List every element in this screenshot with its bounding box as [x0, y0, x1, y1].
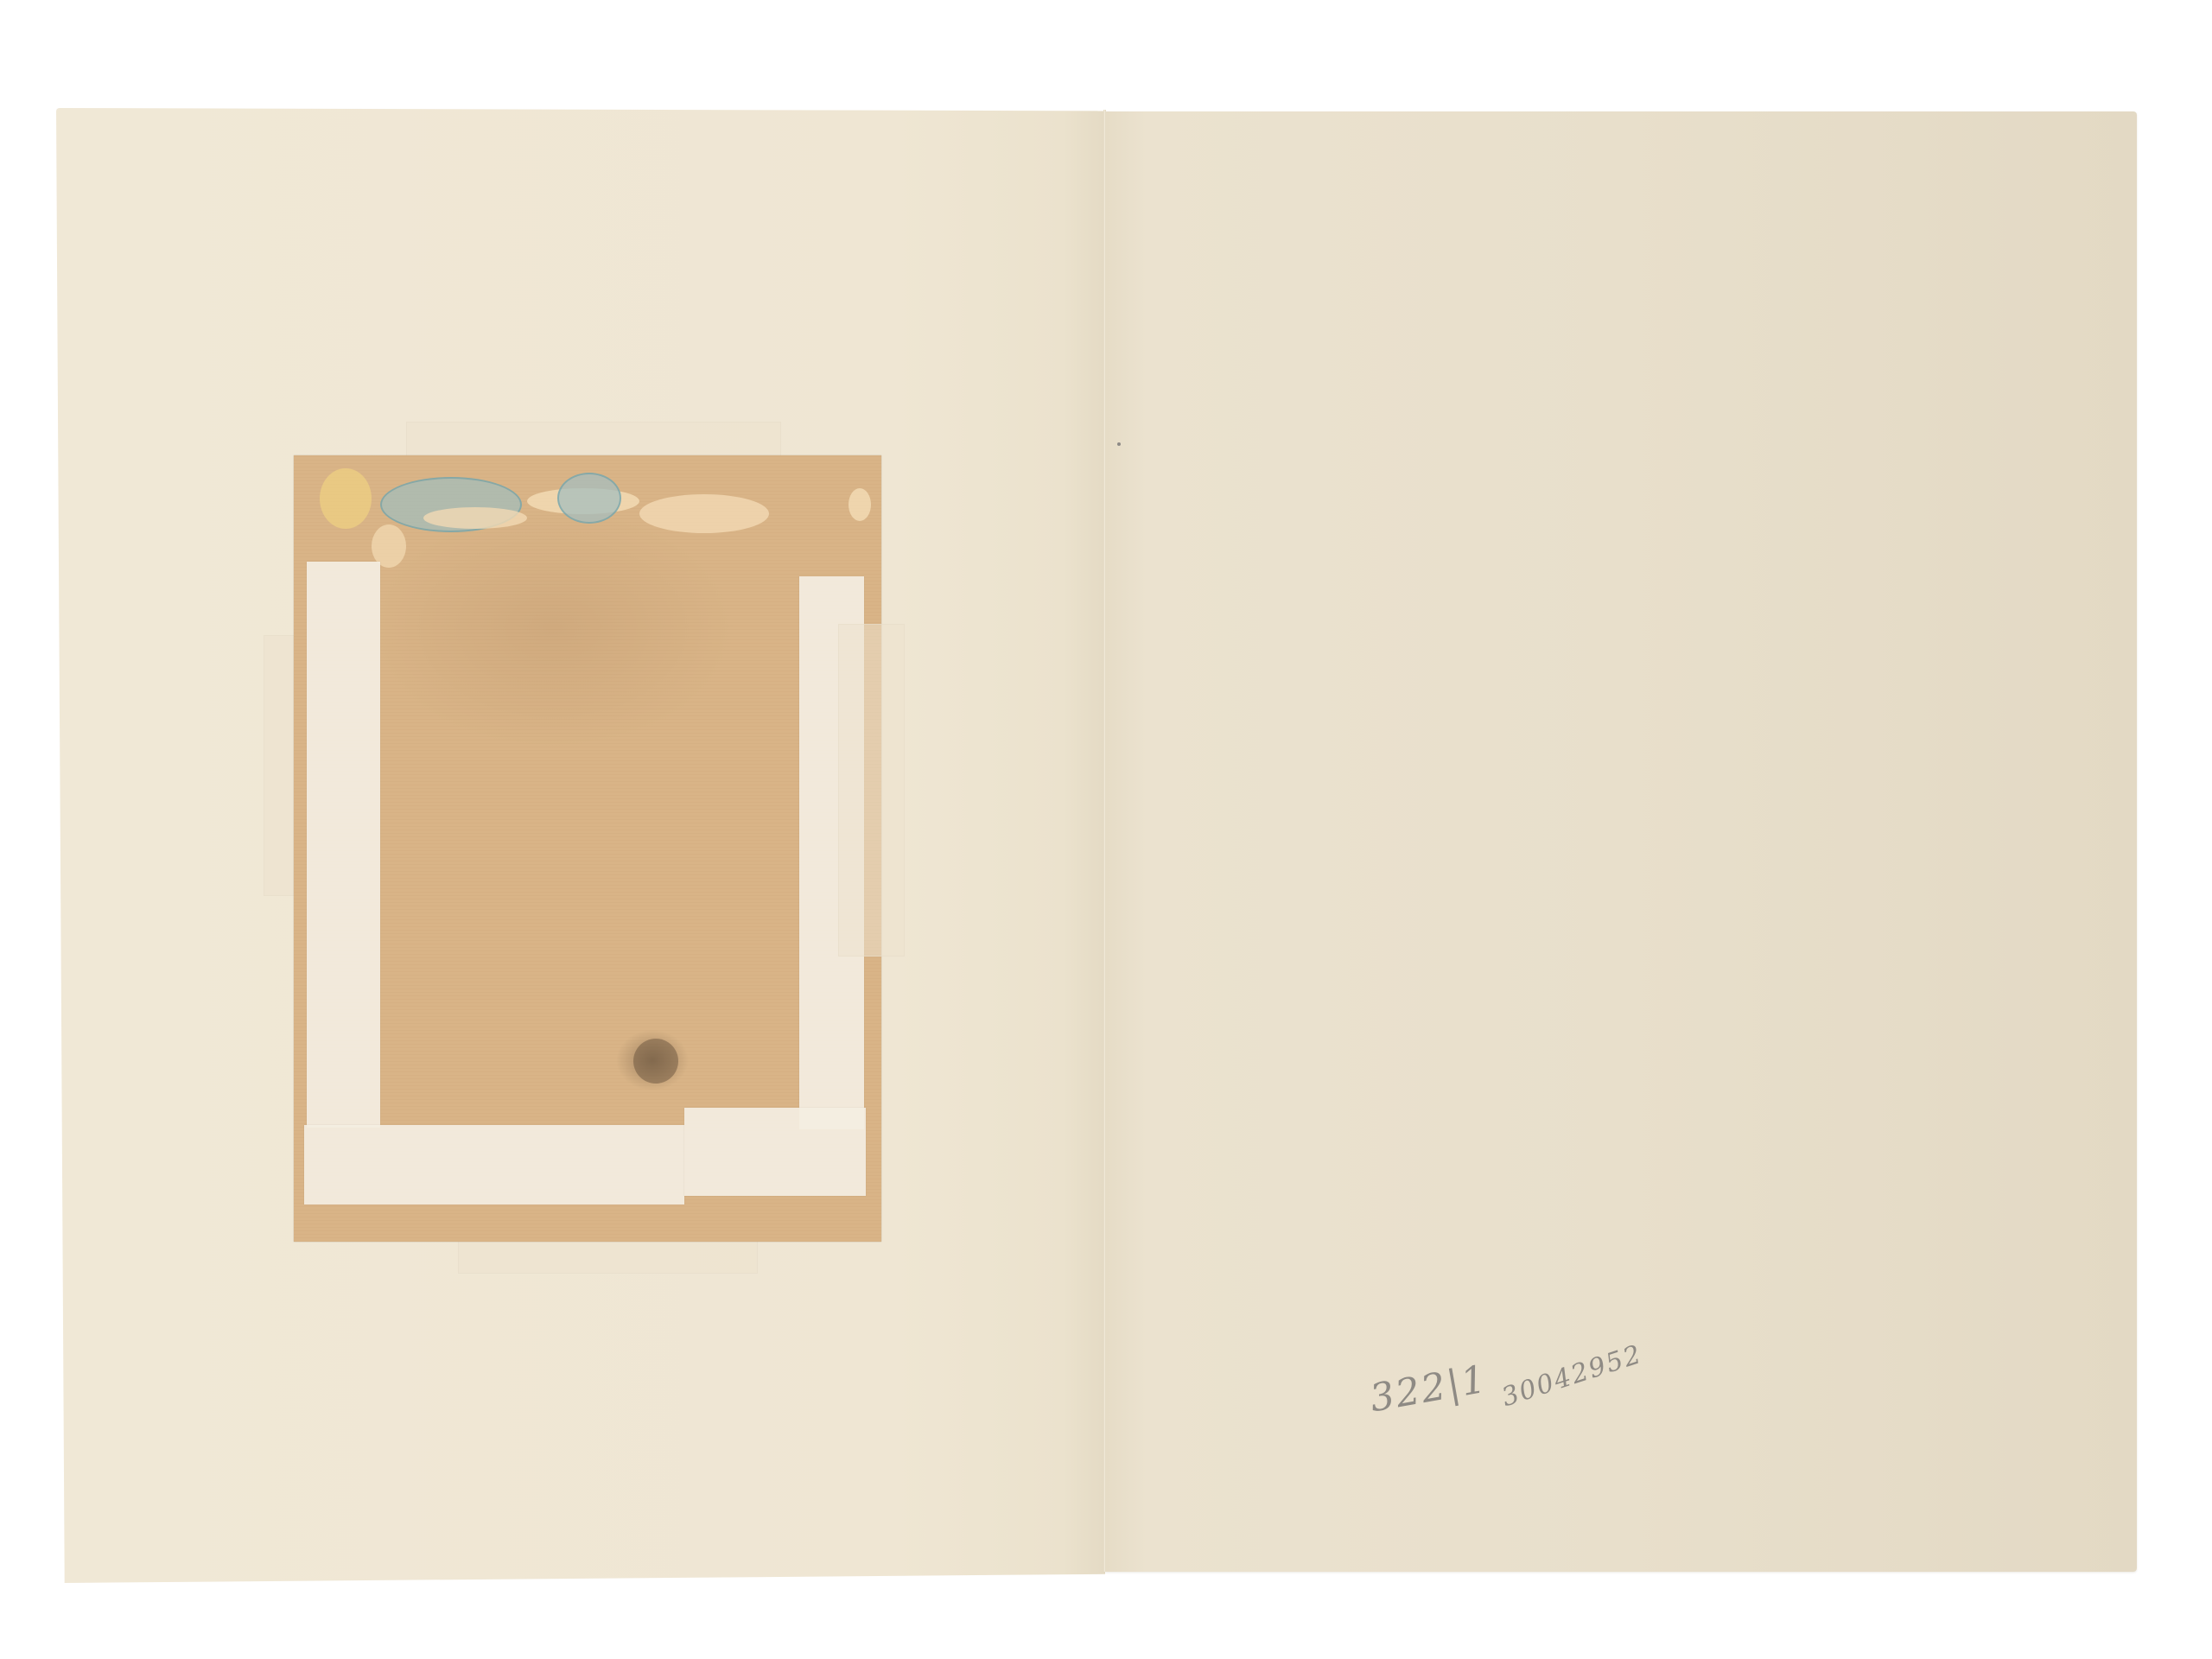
- bottom-right-tape-piece: [684, 1108, 866, 1196]
- water-stain: [639, 494, 769, 533]
- left-tape-strip: [307, 562, 380, 1128]
- right-overlay-tape: [838, 624, 905, 957]
- dark-stain: [633, 1039, 678, 1084]
- water-stain: [320, 468, 372, 529]
- water-stain: [557, 473, 621, 524]
- mounted-board: [294, 455, 881, 1242]
- water-stain: [423, 507, 527, 529]
- water-stain: [849, 488, 871, 521]
- bottom-tape-strip: [304, 1125, 684, 1205]
- pencil-mark: [1117, 442, 1121, 446]
- album-spine-fold: [1103, 110, 1106, 1572]
